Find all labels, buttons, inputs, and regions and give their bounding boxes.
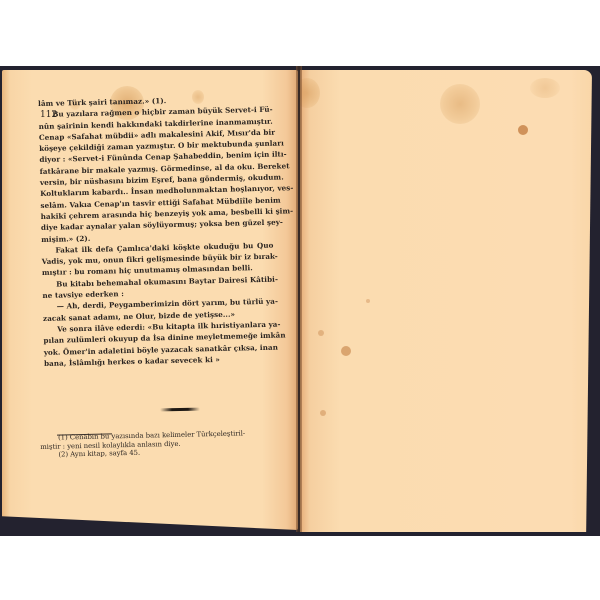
book-spine [296,66,302,532]
foxing-spot [320,410,326,416]
foxing-stain [300,78,320,108]
foxing-spot [518,125,528,135]
foxing-stain [530,78,560,98]
foxing-stain [440,84,480,124]
footnotes: (1) Cenabın bu yazısında bazı kelimeler … [40,429,271,460]
foxing-spot [341,346,351,356]
right-page [300,70,592,532]
body-text: lâm ve Türk şairi tanımaz.» (1).Bu yazıl… [38,93,276,369]
foxing-spot [366,299,370,303]
foxing-spot [318,330,324,336]
